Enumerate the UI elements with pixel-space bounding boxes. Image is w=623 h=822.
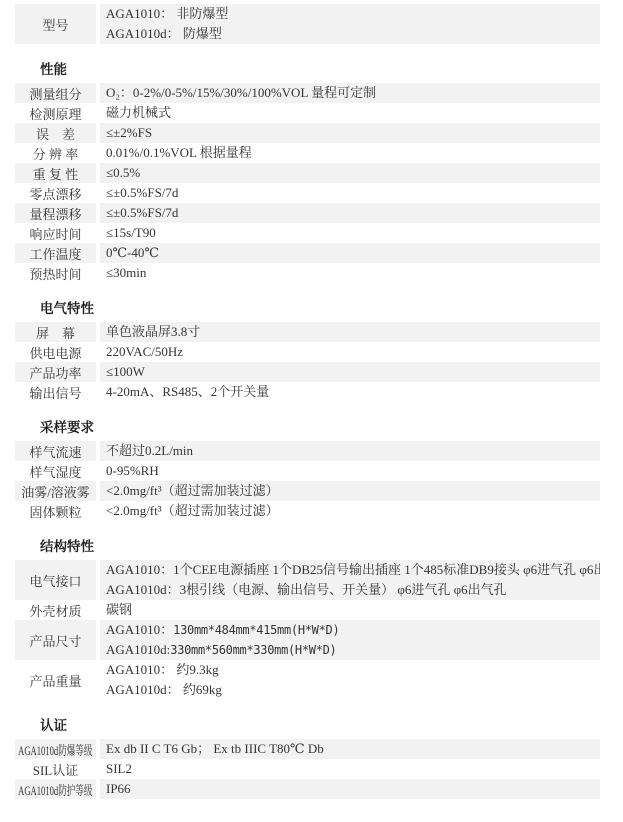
section-rows: 型号 AGA1010： 非防爆型AGA1010d： 防爆型 xyxy=(15,4,600,44)
spec-row: 油雾/溶液雾 <2.0mg/ft³（超过需加装过滤） xyxy=(15,481,600,501)
row-value: Ex db II C T6 Gb； Ex tb IIIC T80℃ Db xyxy=(100,739,600,759)
row-label: 预热时间 xyxy=(15,263,96,283)
spec-row: 样气流速 不超过0.2L/min xyxy=(15,441,600,461)
row-label-text: 产品重量 xyxy=(29,671,81,690)
spec-row: 响应时间 ≤15s/T90 xyxy=(15,223,600,243)
spec-section: 性能 测量组分 O₂：0-2%/0-5%/15%/30%/100%VOL 量程可… xyxy=(15,62,600,283)
row-label: 外壳材质 xyxy=(15,600,96,620)
spec-row: 零点漂移 ≤±0.5%FS/7d xyxy=(15,183,600,203)
row-label: SIL认证 xyxy=(15,759,96,779)
row-label-text: 测量组分 xyxy=(29,84,81,103)
row-label-text: 产品功率 xyxy=(29,363,81,382)
row-value: 磁力机械式 xyxy=(100,103,600,123)
value-line: O₂：0-2%/0-5%/15%/30%/100%VOL 量程可定制 xyxy=(106,83,600,103)
value-line: ≤0.5% xyxy=(106,163,600,183)
row-label: 输出信号 xyxy=(15,382,96,402)
spec-row: 供电电源 220VAC/50Hz xyxy=(15,342,600,362)
row-label-text: 预热时间 xyxy=(29,264,81,283)
row-value: <2.0mg/ft³（超过需加装过滤） xyxy=(100,501,600,521)
value-line: ≤100W xyxy=(106,362,600,382)
spec-row: 样气湿度 0-95%RH xyxy=(15,461,600,481)
spec-section: 结构特性 电气接口 AGA1010：1个CEE电源插座 1个DB25信号输出插座… xyxy=(15,539,600,700)
row-value: SIL2 xyxy=(100,759,600,779)
value-line: 单色液晶屏3.8寸 xyxy=(106,322,600,342)
value-line-dimensions: 130mm*484mm*415mm(H*W*D) xyxy=(173,623,339,637)
value-line: AGA1010d： 防爆型 xyxy=(106,24,600,44)
value-line: 磁力机械式 xyxy=(106,103,600,123)
spec-row: AGA1010d防爆等级 Ex db II C T6 Gb； Ex tb III… xyxy=(15,739,600,759)
spec-row: SIL认证 SIL2 xyxy=(15,759,600,779)
row-value: O₂：0-2%/0-5%/15%/30%/100%VOL 量程可定制 xyxy=(100,83,600,103)
row-value: ≤100W xyxy=(100,362,600,382)
row-value: ≤15s/T90 xyxy=(100,223,600,243)
value-line: 0-95%RH xyxy=(106,461,600,481)
row-label-text: 样气湿度 xyxy=(29,462,81,481)
value-line: 碳钢 xyxy=(106,600,600,620)
row-label-text: 固体颗粒 xyxy=(29,502,81,521)
row-value: AGA1010： 约9.3kgAGA1010d： 约69kg xyxy=(100,660,600,700)
row-label: 重 复 性 xyxy=(15,163,96,183)
row-label-text: 电气接口 xyxy=(29,571,81,590)
row-label-text: 输出信号 xyxy=(29,383,81,402)
row-label-text: 产品尺寸 xyxy=(29,631,81,650)
spec-row: 分 辨 率 0.01%/0.1%VOL 根据量程 xyxy=(15,143,600,163)
spec-row: 预热时间 ≤30min xyxy=(15,263,600,283)
row-value: 碳钢 xyxy=(100,600,600,620)
value-line: ≤±0.5%FS/7d xyxy=(106,203,600,223)
row-value: AGA1010：130mm*484mm*415mm(H*W*D)AGA1010d… xyxy=(100,620,600,660)
row-label: 样气湿度 xyxy=(15,461,96,481)
row-value: ≤0.5% xyxy=(100,163,600,183)
row-label-text: 零点漂移 xyxy=(29,184,81,203)
row-value: 0.01%/0.1%VOL 根据量程 xyxy=(100,143,600,163)
value-line: AGA1010d：3根引线（电源、输出信号、开关量） φ6进气孔 φ6出气孔 xyxy=(106,580,600,600)
section-title: 结构特性 xyxy=(40,539,600,555)
spec-row: 屏 幕 单色液晶屏3.8寸 xyxy=(15,322,600,342)
spec-section: 型号 AGA1010： 非防爆型AGA1010d： 防爆型 xyxy=(15,4,600,44)
row-label-text: AGA1010d防护等级 xyxy=(18,780,92,799)
row-label-text: 分 辨 率 xyxy=(33,144,79,163)
row-label: 油雾/溶液雾 xyxy=(15,481,96,501)
value-line-prefix: AGA1010d: xyxy=(106,642,170,657)
row-label-text: 屏 幕 xyxy=(36,323,75,342)
value-line: 220VAC/50Hz xyxy=(106,342,600,362)
row-label: 样气流速 xyxy=(15,441,96,461)
row-label: AGA1010d防护等级 xyxy=(15,779,96,799)
row-label: 工作温度 xyxy=(15,243,96,263)
value-line-dimensions: 330mm*560mm*330mm(H*W*D) xyxy=(170,643,336,657)
row-value: ≤30min xyxy=(100,263,600,283)
row-label: 测量组分 xyxy=(15,83,96,103)
value-line: AGA1010：1个CEE电源插座 1个DB25信号输出插座 1个485标准DB… xyxy=(106,560,600,580)
row-label: AGA1010d防爆等级 xyxy=(15,739,96,759)
row-label-text: AGA1010d防爆等级 xyxy=(18,740,92,759)
row-label: 屏 幕 xyxy=(15,322,96,342)
row-label: 产品功率 xyxy=(15,362,96,382)
value-line: AGA1010：130mm*484mm*415mm(H*W*D) xyxy=(106,620,600,640)
value-line: <2.0mg/ft³（超过需加装过滤） xyxy=(106,501,600,521)
spec-row: 产品重量 AGA1010： 约9.3kgAGA1010d： 约69kg xyxy=(15,660,600,700)
row-label-text: 响应时间 xyxy=(29,224,81,243)
spec-section: 采样要求 样气流速 不超过0.2L/min 样气湿度 0-95%RH 油雾/溶液… xyxy=(15,420,600,521)
value-line: AGA1010d:330mm*560mm*330mm(H*W*D) xyxy=(106,640,600,660)
row-label-text: 量程漂移 xyxy=(29,204,81,223)
row-label-text: 外壳材质 xyxy=(29,601,81,620)
value-line: ≤±2%FS xyxy=(106,123,600,143)
value-line-prefix: AGA1010： xyxy=(106,622,173,637)
row-label-text: 供电电源 xyxy=(29,343,81,362)
value-line: ≤15s/T90 xyxy=(106,223,600,243)
row-label: 分 辨 率 xyxy=(15,143,96,163)
section-rows: 样气流速 不超过0.2L/min 样气湿度 0-95%RH 油雾/溶液雾 <2.… xyxy=(15,441,600,521)
value-line: SIL2 xyxy=(106,759,600,779)
row-label-text: SIL认证 xyxy=(33,760,79,779)
value-line: ≤30min xyxy=(106,263,600,283)
section-title: 电气特性 xyxy=(40,301,600,317)
row-value: IP66 xyxy=(100,779,600,799)
row-label-text: 型号 xyxy=(42,15,68,34)
value-line: AGA1010： 非防爆型 xyxy=(106,4,600,24)
row-value: ≤±2%FS xyxy=(100,123,600,143)
section-rows: 屏 幕 单色液晶屏3.8寸 供电电源 220VAC/50Hz 产品功率 ≤100… xyxy=(15,322,600,402)
value-line: 4-20mA、RS485、2个开关量 xyxy=(106,382,600,402)
spec-row: 固体颗粒 <2.0mg/ft³（超过需加装过滤） xyxy=(15,501,600,521)
row-label: 型号 xyxy=(15,4,96,44)
row-label: 供电电源 xyxy=(15,342,96,362)
row-label-text: 检测原理 xyxy=(29,104,81,123)
row-label: 误 差 xyxy=(15,123,96,143)
row-value: 不超过0.2L/min xyxy=(100,441,600,461)
spec-row: 量程漂移 ≤±0.5%FS/7d xyxy=(15,203,600,223)
row-label: 产品重量 xyxy=(15,660,96,700)
section-rows: AGA1010d防爆等级 Ex db II C T6 Gb； Ex tb III… xyxy=(15,739,600,799)
row-label: 固体颗粒 xyxy=(15,501,96,521)
row-label: 零点漂移 xyxy=(15,183,96,203)
row-label: 响应时间 xyxy=(15,223,96,243)
section-title: 性能 xyxy=(40,62,600,78)
spec-row: 型号 AGA1010： 非防爆型AGA1010d： 防爆型 xyxy=(15,4,600,44)
row-label: 量程漂移 xyxy=(15,203,96,223)
row-value: ≤±0.5%FS/7d xyxy=(100,203,600,223)
spec-sheet-page: 型号 AGA1010： 非防爆型AGA1010d： 防爆型 性能 测量组分 O₂… xyxy=(0,0,623,822)
value-line: 0℃-40℃ xyxy=(106,243,600,263)
spec-row: AGA1010d防护等级 IP66 xyxy=(15,779,600,799)
row-value: ≤±0.5%FS/7d xyxy=(100,183,600,203)
value-line: IP66 xyxy=(106,779,600,799)
value-line: Ex db II C T6 Gb； Ex tb IIIC T80℃ Db xyxy=(106,739,600,759)
row-label: 产品尺寸 xyxy=(15,620,96,660)
section-title: 采样要求 xyxy=(40,420,600,436)
section-rows: 测量组分 O₂：0-2%/0-5%/15%/30%/100%VOL 量程可定制 … xyxy=(15,83,600,283)
value-line: 0.01%/0.1%VOL 根据量程 xyxy=(106,143,600,163)
row-value: AGA1010： 非防爆型AGA1010d： 防爆型 xyxy=(100,4,600,44)
section-rows: 电气接口 AGA1010：1个CEE电源插座 1个DB25信号输出插座 1个48… xyxy=(15,560,600,700)
row-value: 4-20mA、RS485、2个开关量 xyxy=(100,382,600,402)
row-value: <2.0mg/ft³（超过需加装过滤） xyxy=(100,481,600,501)
value-line: <2.0mg/ft³（超过需加装过滤） xyxy=(106,481,600,501)
row-value: AGA1010：1个CEE电源插座 1个DB25信号输出插座 1个485标准DB… xyxy=(100,560,600,600)
spec-row: 误 差 ≤±2%FS xyxy=(15,123,600,143)
spec-row: 检测原理 磁力机械式 xyxy=(15,103,600,123)
row-value: 220VAC/50Hz xyxy=(100,342,600,362)
section-title: 认证 xyxy=(40,718,600,734)
row-label-text: 重 复 性 xyxy=(33,164,79,183)
spec-section: 电气特性 屏 幕 单色液晶屏3.8寸 供电电源 220VAC/50Hz 产品功率… xyxy=(15,301,600,402)
spec-row: 测量组分 O₂：0-2%/0-5%/15%/30%/100%VOL 量程可定制 xyxy=(15,83,600,103)
spec-row: 外壳材质 碳钢 xyxy=(15,600,600,620)
spec-row: 输出信号 4-20mA、RS485、2个开关量 xyxy=(15,382,600,402)
spec-row: 重 复 性 ≤0.5% xyxy=(15,163,600,183)
row-value: 单色液晶屏3.8寸 xyxy=(100,322,600,342)
spec-row: 产品尺寸 AGA1010：130mm*484mm*415mm(H*W*D)AGA… xyxy=(15,620,600,660)
row-label-text: 工作温度 xyxy=(29,244,81,263)
spec-section: 认证 AGA1010d防爆等级 Ex db II C T6 Gb； Ex tb … xyxy=(15,718,600,799)
row-value: 0℃-40℃ xyxy=(100,243,600,263)
value-line: AGA1010： 约9.3kg xyxy=(106,660,600,680)
value-line: ≤±0.5%FS/7d xyxy=(106,183,600,203)
spec-row: 电气接口 AGA1010：1个CEE电源插座 1个DB25信号输出插座 1个48… xyxy=(15,560,600,600)
row-label: 电气接口 xyxy=(15,560,96,600)
row-label: 检测原理 xyxy=(15,103,96,123)
row-label-text: 误 差 xyxy=(36,124,75,143)
value-line: 不超过0.2L/min xyxy=(106,441,600,461)
spec-sections: 型号 AGA1010： 非防爆型AGA1010d： 防爆型 性能 测量组分 O₂… xyxy=(15,4,600,799)
row-label-text: 样气流速 xyxy=(29,442,81,461)
row-value: 0-95%RH xyxy=(100,461,600,481)
row-label-text: 油雾/溶液雾 xyxy=(21,482,90,501)
spec-row: 工作温度 0℃-40℃ xyxy=(15,243,600,263)
spec-row: 产品功率 ≤100W xyxy=(15,362,600,382)
value-line: AGA1010d： 约69kg xyxy=(106,680,600,700)
